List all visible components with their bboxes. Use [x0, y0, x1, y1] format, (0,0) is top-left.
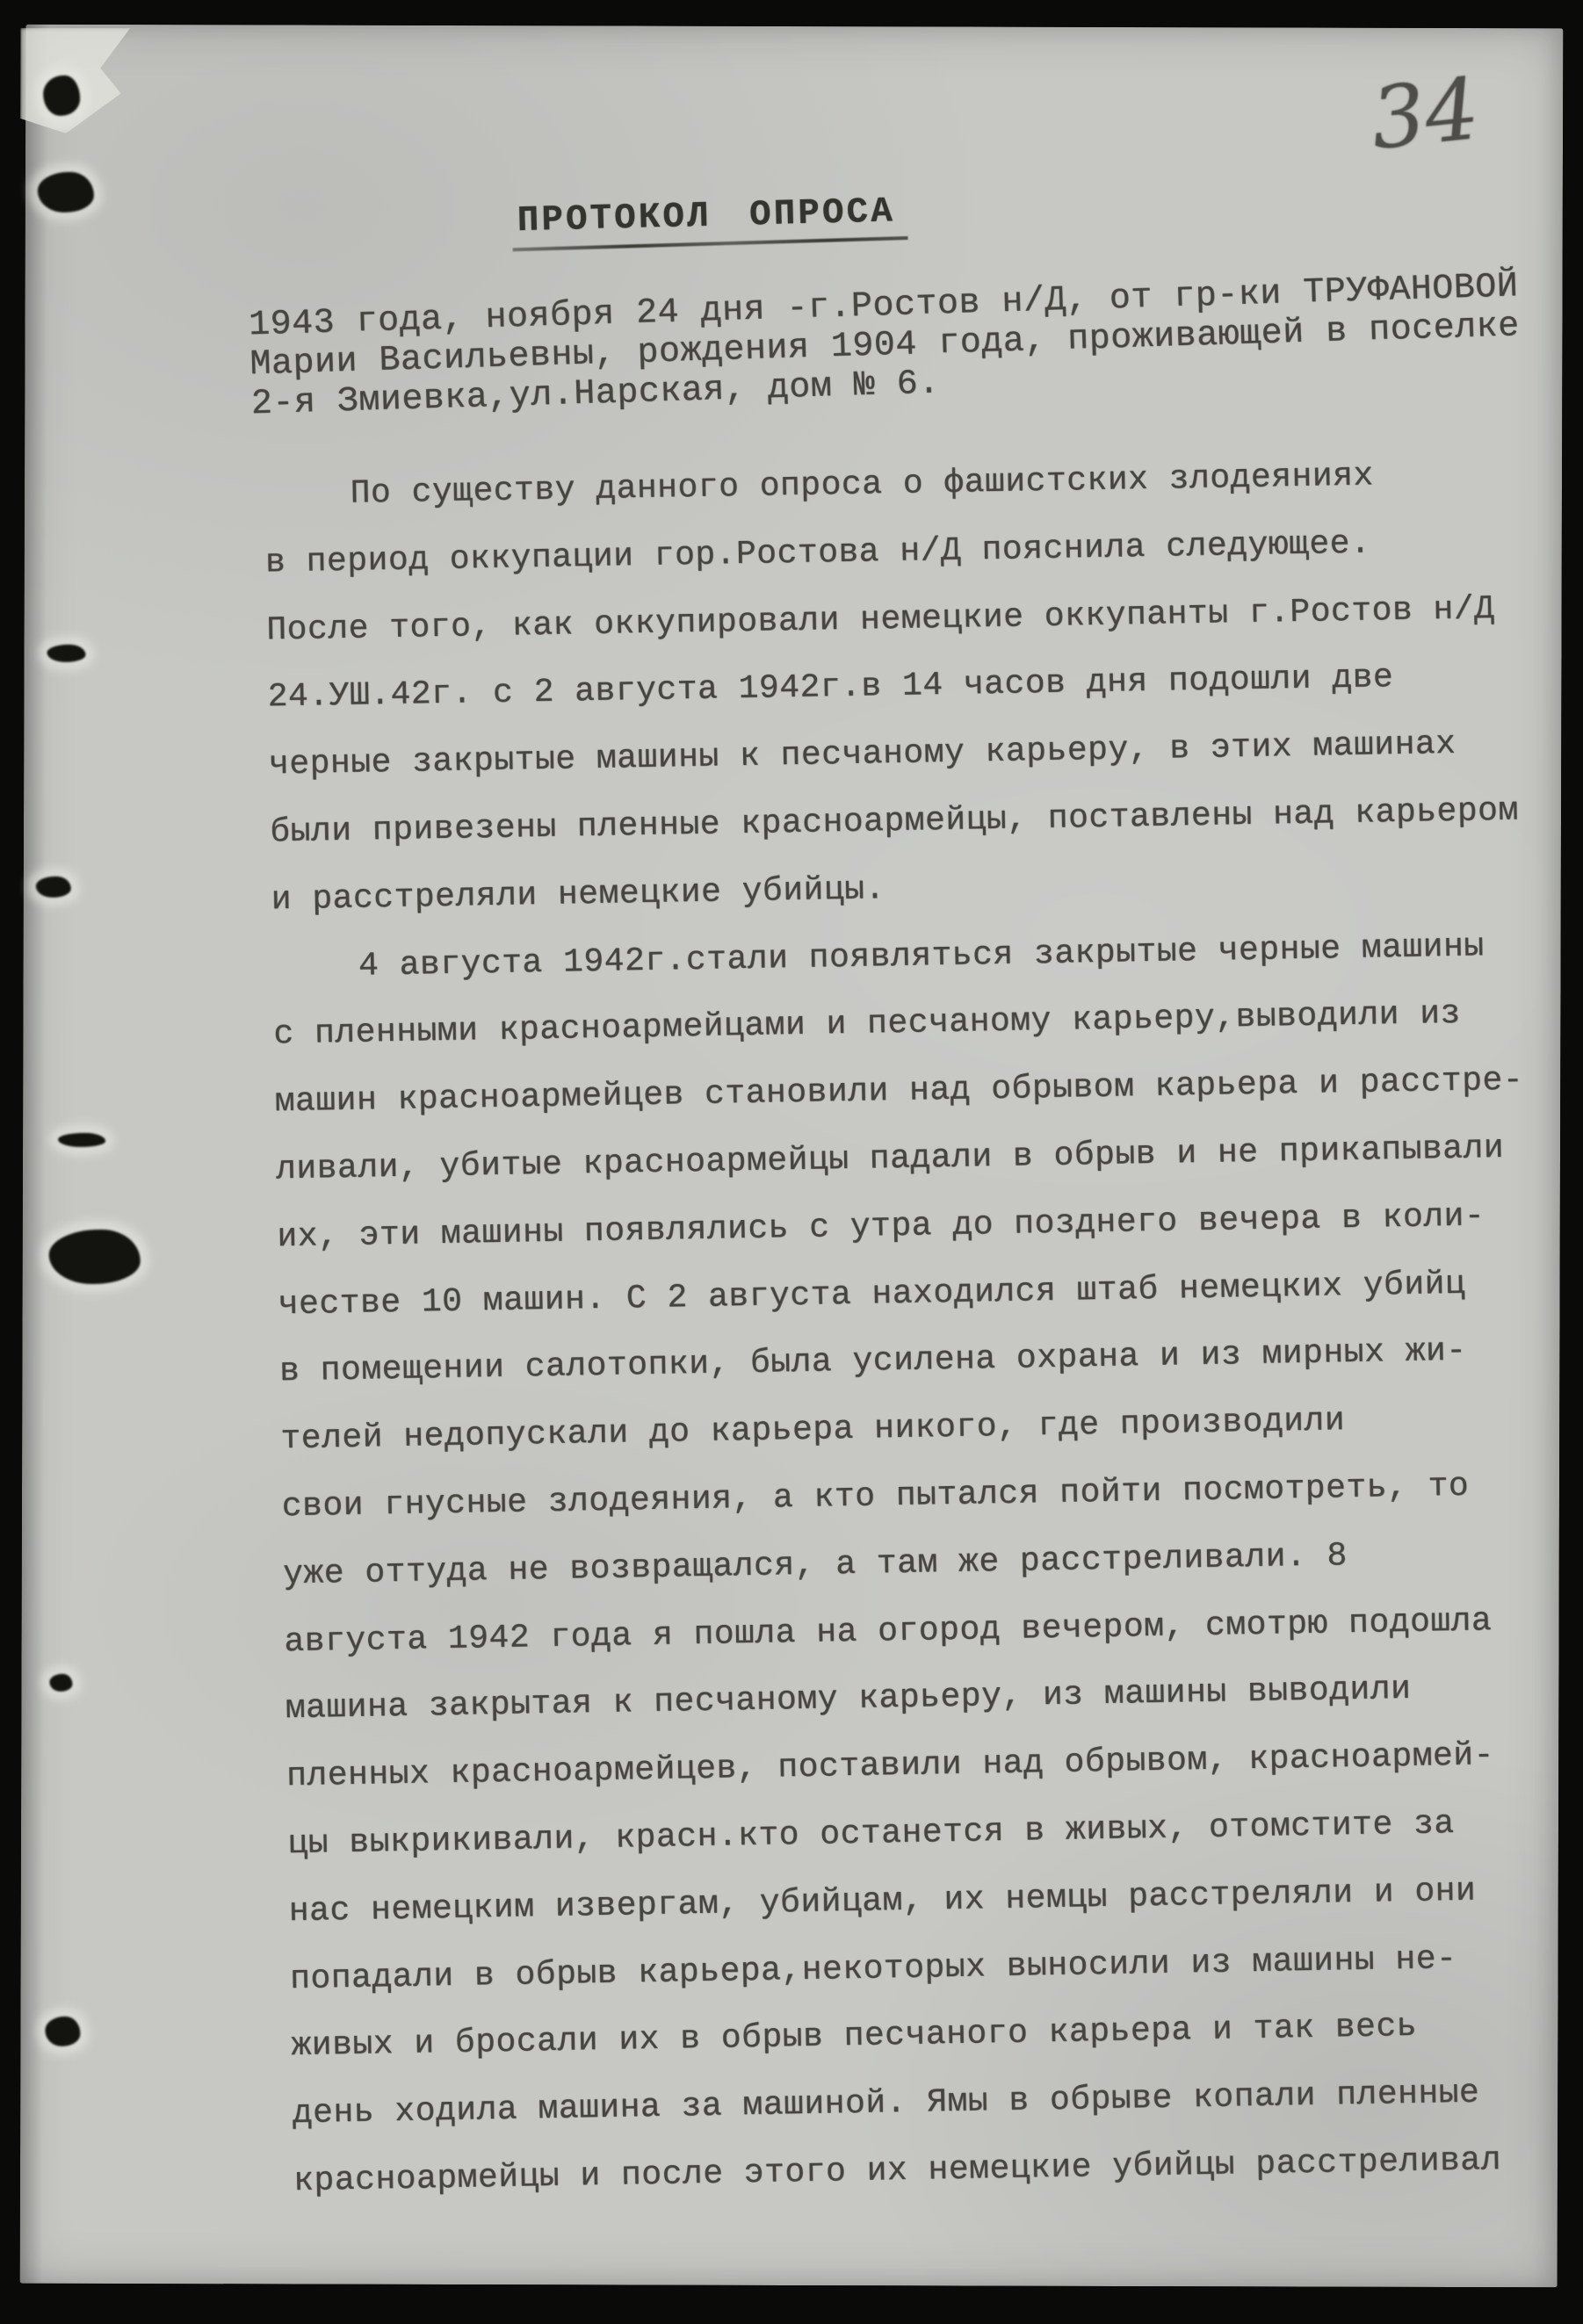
binding-hole [47, 645, 85, 662]
binding-hole [58, 1133, 105, 1147]
scanned-document: { "document": { "page_number": "34", "ti… [0, 0, 1583, 2324]
header-paragraph: 1943 года, ноября 24 дня -г.Ростов н/Д, … [249, 267, 1522, 424]
body-paragraph: По существу данного опроса о фашистских … [264, 441, 1543, 2216]
binding-hole [49, 1230, 141, 1284]
binding-hole [43, 76, 80, 116]
binding-hole [45, 2017, 80, 2046]
handwritten-page-number: 34 [1367, 60, 1484, 169]
document-page: 34 ПРОТОКОЛ ОПРОСА 1943 года, ноября 24 … [20, 25, 1564, 2288]
binding-hole [49, 1674, 72, 1692]
left-edge-shadow [20, 25, 49, 2284]
binding-hole [38, 172, 94, 213]
document-title-text: ПРОТОКОЛ ОПРОСА [517, 191, 895, 242]
document-title: ПРОТОКОЛ ОПРОСА [517, 191, 895, 242]
binding-hole [36, 877, 71, 898]
